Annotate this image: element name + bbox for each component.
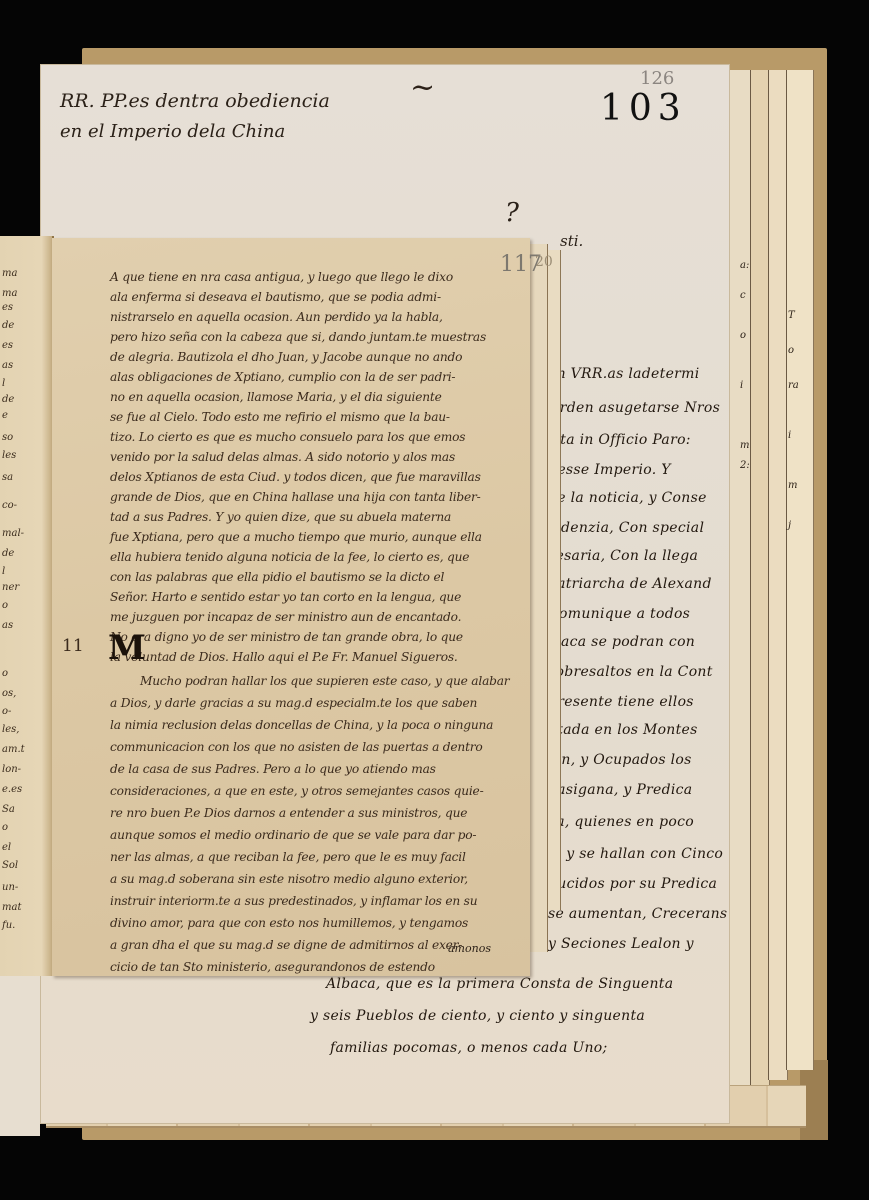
text-line: lan, y Ocupados los	[548, 752, 692, 768]
page-edge	[750, 70, 770, 1100]
text-line: Comunique a todos	[548, 606, 690, 622]
text-line: familias pocomas, o menos cada Uno;	[330, 1040, 608, 1056]
margin-fragment: os,	[2, 688, 16, 699]
margin-fragment: e	[2, 410, 8, 421]
edge-fragment: T	[788, 310, 795, 321]
text-line: ducidos por su Predica	[548, 876, 717, 892]
text-line: la nimia reclusion delas doncellas de Ch…	[110, 718, 493, 732]
page-title-line-2: en el Imperio dela China	[60, 121, 285, 142]
header-flourish: ~	[410, 70, 435, 105]
margin-fragment: e.es	[2, 784, 22, 795]
margin-fragment: l	[2, 566, 5, 577]
text-line: tad a sus Padres. Y yo quien dize, que s…	[110, 510, 451, 524]
text-line: en VRR.as ladetermi	[548, 366, 700, 382]
margin-fragment: as	[2, 360, 13, 371]
text-line: de alegria. Bautizola el dho Juan, y Jac…	[110, 350, 462, 364]
text-line: y Seciones Lealon y	[548, 936, 694, 952]
edge-fragment: i	[788, 430, 791, 441]
text-line: a gran dha el que su mag.d se digne de a…	[110, 938, 462, 952]
page-edge	[728, 70, 752, 1090]
text-line: re nro buen P.e Dios darnos a entender a…	[110, 806, 467, 820]
paragraph-number: 11	[62, 636, 84, 656]
text-line: y aca se podran con	[548, 634, 695, 650]
text-line: y seis Pueblos de ciento, y ciento y sin…	[310, 1008, 645, 1024]
margin-fragment: de	[2, 320, 14, 331]
text-line: pero hizo seña con la cabeza que si, dan…	[110, 330, 486, 344]
text-line: Mucho podran hallar los que supieren est…	[140, 674, 509, 688]
text-line: instruir interiorm.te a sus predestinado…	[110, 894, 477, 908]
text-line: divino amor, para que con esto nos humil…	[110, 916, 468, 930]
text-line: videnzia, Con special	[548, 520, 704, 536]
text-line: grande de Dios, que en China hallase una…	[110, 490, 481, 504]
margin-fragment: un-	[2, 882, 18, 893]
text-line: de la casa de sus Padres. Pero a lo que …	[110, 762, 436, 776]
margin-fragment: es	[2, 302, 13, 313]
text-line: alas obligaciones de Xptiano, cumplio co…	[110, 370, 455, 384]
text-line: con las palabras que ella pidio el bauti…	[110, 570, 444, 584]
page-edge	[768, 70, 788, 1080]
margin-fragment: o	[2, 822, 8, 833]
margin-fragment: am.t	[2, 744, 25, 755]
margin-fragment: co-	[2, 500, 17, 511]
text-line: cicio de tan Sto ministerio, asegurandon…	[110, 960, 435, 974]
margin-fragment: l	[2, 378, 5, 389]
text-line: la voluntad de Dios. Hallo aqui el P.e F…	[110, 650, 458, 664]
text-line: communicacion con los que no asisten de …	[110, 740, 483, 754]
margin-fragment: fu.	[2, 920, 15, 931]
text-line: ntada en los Montes	[548, 722, 698, 738]
text-line: presente tiene ellos	[548, 694, 694, 710]
text-line: Patriarcha de Alexand	[548, 576, 712, 592]
text-line: de la noticia, y Conse	[548, 490, 707, 506]
text-line: venido por la salud delas almas. A sido …	[110, 450, 455, 464]
edge-fragment: m	[740, 440, 749, 451]
text-line: A que tiene en nra casa antigua, y luego…	[110, 270, 453, 284]
margin-fragment: el	[2, 842, 11, 853]
edge-fragment: i	[740, 380, 743, 391]
catchword: amonos	[448, 942, 491, 955]
margin-fragment: ma	[2, 288, 17, 299]
text-line: Pasigana, y Predica	[548, 782, 692, 798]
text-line: sobresaltos en la Cont	[548, 664, 713, 680]
text-line: o, y se hallan con Cinco	[548, 846, 723, 862]
text-line: ya, quienes en poco	[548, 814, 694, 830]
edge-fragment: o	[740, 330, 746, 341]
margin-fragment: o	[2, 600, 8, 611]
drop-cap: M	[108, 628, 146, 668]
margin-fragment: lon-	[2, 764, 21, 775]
text-line: a su mag.d soberana sin este nisotro med…	[110, 872, 468, 886]
margin-fragment: de	[2, 548, 14, 559]
text-line: sita in Officio Paro:	[548, 432, 691, 448]
text-line: fue Xptiana, pero que a mucho tiempo que…	[110, 530, 482, 544]
margin-fragment: as	[2, 620, 13, 631]
margin-fragment: mat	[2, 902, 21, 913]
edge-fragment: j	[788, 520, 791, 531]
margin-fragment: es	[2, 340, 13, 351]
folio-number: 103	[600, 88, 687, 129]
margin-fragment: sa	[2, 472, 13, 483]
insert-page-underlayer	[527, 244, 548, 952]
margin-fragment: ner	[2, 582, 19, 593]
text-line: se fue al Cielo. Todo esto me refirio el…	[110, 410, 450, 424]
text-line: a Dios, y darle gracias a su mag.d espec…	[110, 696, 477, 710]
text-line: delos Xptianos de esta Ciud. y todos dic…	[110, 470, 481, 484]
text-line: Albaca, que es la primera Consta de Sing…	[326, 976, 673, 992]
text-line: nesse Imperio. Y	[548, 462, 671, 478]
margin-fragment: mal-	[2, 528, 24, 539]
margin-fragment: ma	[2, 268, 17, 279]
page-title-line-1: RR. PP.es dentra obediencia	[60, 90, 330, 112]
text-line: Orden asugetarse Nros	[548, 400, 720, 416]
left-page-lower	[0, 976, 40, 1136]
margin-fragment: o	[2, 668, 8, 679]
text-line: No era digno yo de ser ministro de tan g…	[110, 630, 463, 644]
margin-fragment: so	[2, 432, 13, 443]
text-line: sesaria, Con la llega	[548, 548, 698, 564]
margin-fragment: o-	[2, 706, 11, 717]
edge-fragment: 2:	[740, 460, 750, 471]
edge-fragment: c	[740, 290, 746, 301]
text-line: ner las almas, a que reciban la fee, per…	[110, 850, 466, 864]
text-line: ala enferma si deseava el bautismo, que …	[110, 290, 441, 304]
edge-fragment: m	[788, 480, 797, 491]
text-line: nistrarselo en aquella ocasion. Aun perd…	[110, 310, 443, 324]
text-line: consideraciones, a que en este, y otros …	[110, 784, 483, 798]
text-line: no en aquella ocasion, llamose Maria, y …	[110, 390, 442, 404]
text-line: tizo. Lo cierto es que es mucho consuelo…	[110, 430, 465, 444]
text-line: Señor. Harto e sentido estar yo tan cort…	[110, 590, 461, 604]
insert-page-underlayer	[546, 250, 561, 910]
margin-fragment: les,	[2, 724, 19, 735]
margin-fragment: les	[2, 450, 16, 461]
margin-fragment: de	[2, 394, 14, 405]
folio-number-pencil: 126	[640, 68, 674, 89]
text-line: me juzguen por incapaz de ser ministro a…	[110, 610, 461, 624]
edge-fragment: ra	[788, 380, 799, 391]
margin-fragment: Sa	[2, 804, 15, 815]
text-line: ella hubiera tenido alguna noticia de la…	[110, 550, 469, 564]
text-line: aunque somos el medio ordinario de que s…	[110, 828, 476, 842]
page-edge	[786, 70, 814, 1070]
inserted-folio	[52, 238, 530, 976]
heading-fragment: ?	[505, 198, 519, 228]
text-line: se aumentan, Crecerans	[548, 906, 727, 922]
heading-sub-fragment: sti.	[560, 232, 583, 250]
insert-folio-number-2: 20	[535, 254, 553, 270]
edge-fragment: a:	[740, 260, 749, 271]
margin-fragment: Sol	[2, 860, 18, 871]
edge-fragment: o	[788, 345, 794, 356]
